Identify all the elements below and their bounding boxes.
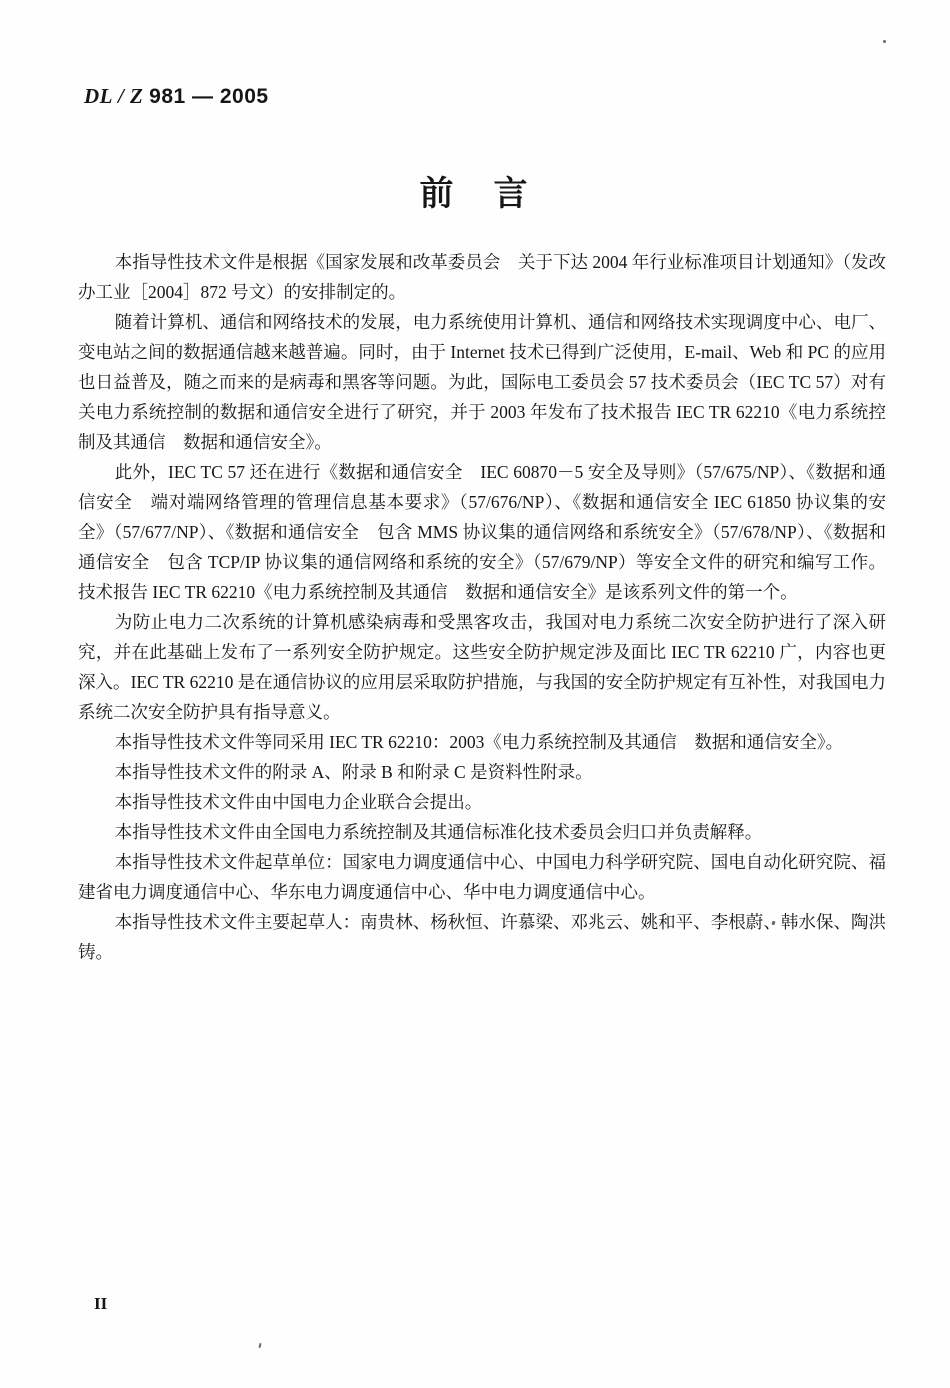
- paragraph: 本指导性技术文件的附录 A、附录 B 和附录 C 是资料性附录。: [78, 757, 886, 787]
- paragraph: 本指导性技术文件主要起草人：南贵林、杨秋恒、许慕梁、邓兆云、姚和平、李根蔚、韩水…: [78, 907, 886, 967]
- paragraph: 本指导性技术文件由全国电力系统控制及其通信标准化技术委员会归口并负责解释。: [78, 817, 886, 847]
- scan-speck: [883, 40, 886, 43]
- page-title: 前 言: [0, 166, 950, 215]
- paragraph: 此外，IEC TC 57 还在进行《数据和通信安全 IEC 60870－5 安全…: [78, 457, 886, 607]
- paragraph: 本指导性技术文件起草单位：国家电力调度通信中心、中国电力科学研究院、国电自动化研…: [78, 847, 886, 907]
- paragraph: 本指导性技术文件由中国电力企业联合会提出。: [78, 787, 886, 817]
- foreword-body: 本指导性技术文件是根据《国家发展和改革委员会 关于下达 2004 年行业标准项目…: [78, 247, 886, 967]
- paragraph: 随着计算机、通信和网络技术的发展，电力系统使用计算机、通信和网络技术实现调度中心…: [78, 307, 886, 457]
- scan-speck: [258, 1343, 261, 1348]
- paragraph: 为防止电力二次系统的计算机感染病毒和受黑客攻击，我国对电力系统二次安全防护进行了…: [78, 607, 886, 727]
- paragraph: 本指导性技术文件是根据《国家发展和改革委员会 关于下达 2004 年行业标准项目…: [78, 247, 886, 307]
- page-number: II: [94, 1294, 107, 1314]
- standard-doc-number: DL / Z 981 — 2005: [84, 84, 269, 109]
- document-page: DL / Z 981 — 2005 前 言 本指导性技术文件是根据《国家发展和改…: [0, 0, 950, 1388]
- doc-number-suffix: 981 — 2005: [149, 85, 268, 108]
- doc-number-prefix: DL / Z: [84, 84, 143, 108]
- paragraph: 本指导性技术文件等同采用 IEC TR 62210：2003《电力系统控制及其通…: [78, 727, 886, 757]
